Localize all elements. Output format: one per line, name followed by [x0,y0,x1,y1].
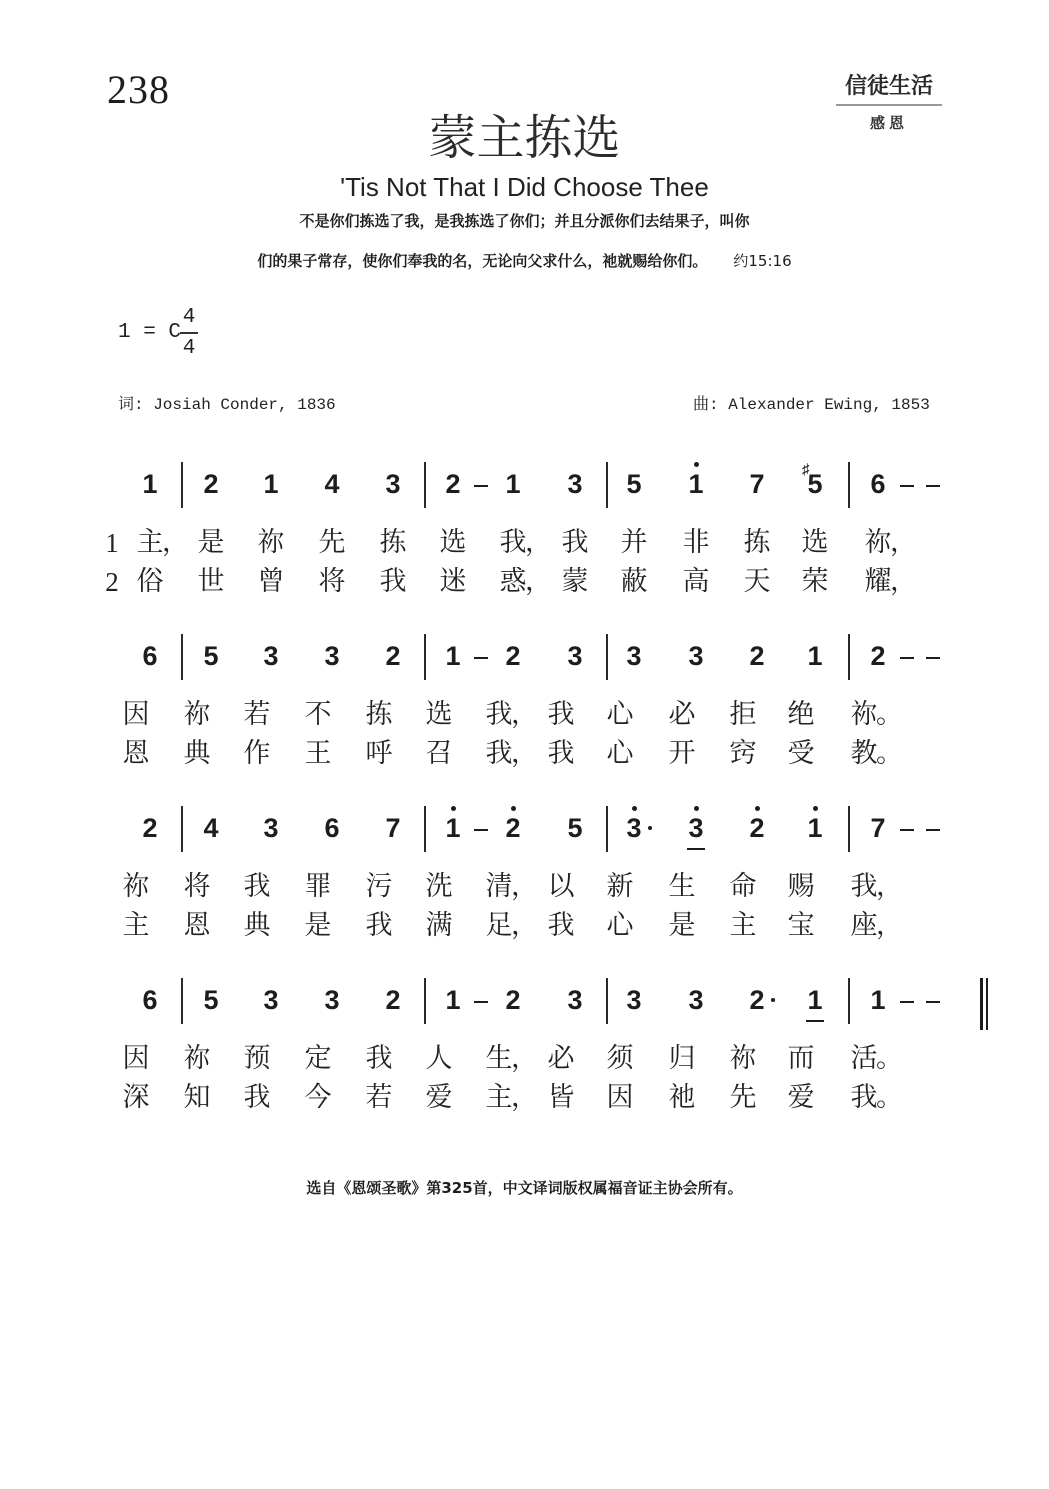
lyric-char: 定 [305,1043,332,1074]
note-digit: 3 [263,641,278,671]
lyric-char: 清 [486,871,513,902]
augmentation-dot-icon [648,826,652,830]
lyric-char: 祢 [865,527,892,558]
lyric-char: 受 [788,738,815,769]
jianpu-note: 1 [433,640,473,672]
jianpu-note: 3 [312,640,352,672]
lyric-char: 祢 [851,699,878,730]
lyric-syllable: 我， [493,526,533,560]
hold-dash-icon [926,1001,940,1003]
lyric-syllable: 若 [359,1081,399,1115]
hymn-title-english: 'Tis Not That I Did Choose Thee [0,170,1049,204]
lyric-syllable: 并 [614,526,654,560]
lyric-syllable: 定 [298,1042,338,1076]
lyric-char: 座 [851,910,878,941]
sharp-icon: ♯ [802,462,810,478]
note-digit: 1 [263,469,278,499]
note-digit: 7 [385,813,400,843]
note-digit: 7 [870,813,885,843]
lyric-punctuation: ， [890,526,917,560]
jianpu-note: 5 [555,812,595,844]
time-sig-line [180,332,198,334]
jianpu-note: 3 [614,640,654,672]
barline [606,462,608,508]
jianpu-note: 6 [312,812,352,844]
lyric-char: 高 [683,566,710,597]
lyric-char: 祢 [123,871,150,902]
note-digit: 3 [688,641,703,671]
lyric-char: 不 [305,699,332,730]
lyric-punctuation: ， [511,698,538,732]
jianpu-note: 1 [795,812,835,844]
lyric-char: 爱 [426,1082,453,1113]
note-digit: 2 [505,641,520,671]
lyric-syllable: 作 [237,737,277,771]
lyric-punctuation: ， [890,565,917,599]
jianpu-note: 3 [676,640,716,672]
lyric-char: 爱 [788,1082,815,1113]
lyric-char: 曾 [258,566,285,597]
note-digit: 2 [505,985,520,1015]
lyric-syllable: 俗 [130,565,170,599]
jianpu-note: 2 [737,812,777,844]
lyric-syllable: 归 [662,1042,702,1076]
augmentation-dot-icon [771,998,775,1002]
jianpu-note: 2 [433,468,473,500]
lyric-char: 心 [607,699,634,730]
lyric-char: 今 [305,1082,332,1113]
jianpu-note: 2 [858,640,898,672]
note-digit: 5 [567,813,582,843]
jianpu-note: 1 [795,984,835,1016]
lyric-syllable: 祢， [858,526,898,560]
barline [424,634,426,680]
lyric-syllable: 拒 [723,698,763,732]
lyric-syllable: 荣 [795,565,835,599]
lyric-char: 我 [500,527,527,558]
lyric-syllable: 恩 [177,909,217,943]
lyric-char: 呼 [366,738,393,769]
barline [606,978,608,1024]
lyric-syllable: 王 [298,737,338,771]
lyric-syllable: 祢 [251,526,291,560]
lyric-syllable: 我 [237,870,277,904]
lyric-char: 将 [319,566,346,597]
note-digit: 2 [142,813,157,843]
hold-dash-icon [900,1001,914,1003]
octave-dot-icon [694,462,699,467]
note-digit: 3 [263,985,278,1015]
jianpu-note: 3 [555,984,595,1016]
jianpu-note: 2 [130,812,170,844]
lyric-char: 人 [426,1043,453,1074]
lyric-syllable: 我 [359,909,399,943]
lyric-char: 因 [607,1082,634,1113]
lyric-char: 若 [244,699,271,730]
octave-dot-icon [451,806,456,811]
lyric-char: 归 [669,1043,696,1074]
lyric-char: 我 [366,1043,393,1074]
lyric-syllable: 主 [723,909,763,943]
lyric-char: 满 [426,910,453,941]
note-digit: 2 [749,641,764,671]
lyric-punctuation: ， [162,526,189,560]
note-digit: 1 [688,469,703,499]
lyric-syllable: 我 [541,737,581,771]
lyric-syllable: 因 [600,1081,640,1115]
lyric-syllable: 预 [237,1042,277,1076]
lyric-char: 拣 [744,527,771,558]
barline [606,634,608,680]
lyric-char: 先 [319,527,346,558]
lyric-char: 惑 [500,566,527,597]
jianpu-note: 3 [555,468,595,500]
lyric-syllable: 祢。 [844,698,884,732]
note-digit: 6 [870,469,885,499]
lyric-char: 典 [184,738,211,769]
lyric-syllable: 若 [237,698,277,732]
copyright-footer: 选自《恩颂圣歌》第325首，中文译词版权属福音证主协会所有。 [0,1177,1049,1199]
lyric-syllable: 生， [479,1042,519,1076]
lyric-syllable: 我 [541,698,581,732]
lyric-char: 宝 [788,910,815,941]
barline [424,462,426,508]
lyric-char: 我 [851,1082,878,1113]
lyric-char: 恩 [184,910,211,941]
note-digit: 2 [385,641,400,671]
lyric-syllable: 我。 [844,1081,884,1115]
jianpu-note: 7 [373,812,413,844]
lyric-char: 是 [669,910,696,941]
barline [181,978,183,1024]
lyric-char: 若 [366,1082,393,1113]
lyric-syllable: 新 [600,870,640,904]
note-digit: 3 [385,469,400,499]
lyric-syllable: 主， [130,526,170,560]
lyric-syllable: 选 [419,698,459,732]
jianpu-note: 3 [251,984,291,1016]
lyric-syllable: 深 [116,1081,156,1115]
lyric-punctuation: ， [525,565,552,599]
lyric-syllable: 拣 [737,526,777,560]
lyricist-credit: 词: Josiah Conder, 1836 [118,394,336,416]
jianpu-note: 7 [858,812,898,844]
lyric-punctuation: 。 [876,1081,903,1115]
note-digit: 2 [749,985,764,1015]
note-digit: 2 [203,469,218,499]
lyric-char: 我 [244,871,271,902]
lyric-syllable: 宝 [781,909,821,943]
lyric-char: 活 [851,1043,878,1074]
lyric-char: 我 [548,738,575,769]
jianpu-note: 2 [737,984,777,1016]
note-digit: 5 [203,641,218,671]
lyric-syllable: 典 [237,909,277,943]
lyric-char: 是 [198,527,225,558]
note-digit: 3 [626,985,641,1015]
lyric-syllable: 恩 [116,737,156,771]
note-digit: 2 [385,985,400,1015]
lyric-syllable: 呼 [359,737,399,771]
lyric-syllable: 将 [312,565,352,599]
eighth-underline-icon [806,1020,824,1022]
lyric-syllable: 祢 [177,1042,217,1076]
hold-dash-icon [926,485,940,487]
lyric-punctuation: ， [511,870,538,904]
jianpu-note: 3 [312,984,352,1016]
lyric-char: 选 [802,527,829,558]
note-digit: 5 [203,985,218,1015]
note-digit: 1 [445,641,460,671]
octave-dot-icon [511,806,516,811]
lyric-char: 祢 [730,1043,757,1074]
lyric-punctuation: ， [511,737,538,771]
lyric-char: 主 [730,910,757,941]
jianpu-note: 1 [795,640,835,672]
verse-number: 1 [100,526,124,560]
barline [848,806,850,852]
barline [181,806,183,852]
note-digit: 2 [870,641,885,671]
lyric-char: 蔽 [621,566,648,597]
lyric-char: 并 [621,527,648,558]
lyric-char: 我 [562,527,589,558]
lyric-syllable: 生 [662,870,702,904]
lyric-syllable: 高 [676,565,716,599]
lyric-syllable: 我 [373,565,413,599]
jianpu-note: 5 [614,468,654,500]
lyric-syllable: 先 [312,526,352,560]
lyric-syllable: 活。 [844,1042,884,1076]
lyric-char: 荣 [802,566,829,597]
jianpu-note: 2 [373,640,413,672]
lyric-char: 祢 [184,699,211,730]
lyric-char: 我 [851,871,878,902]
lyric-punctuation: ， [511,1081,538,1115]
note-digit: 3 [324,985,339,1015]
lyric-syllable: 满 [419,909,459,943]
jianpu-note: 4 [312,468,352,500]
lyric-syllable: 我， [479,698,519,732]
lyric-syllable: 以 [541,870,581,904]
jianpu-note: 3 [373,468,413,500]
scripture-line-2: 们的果子常存，使你们奉我的名，无论向父求什么，祂就赐给你们。约15:16 [0,250,1049,272]
lyric-syllable: 必 [541,1042,581,1076]
time-signature: 4 4 [180,305,198,362]
note-digit: 1 [445,985,460,1015]
note-digit: 1 [505,469,520,499]
jianpu-note: 2 [737,640,777,672]
note-digit: 2 [749,813,764,843]
hold-dash-icon [900,657,914,659]
lyric-syllable: 世 [191,565,231,599]
lyric-char: 教 [851,738,878,769]
lyric-char: 祂 [669,1082,696,1113]
lyric-syllable: 座， [844,909,884,943]
lyric-syllable: 典 [177,737,217,771]
lyric-syllable: 主， [479,1081,519,1115]
jianpu-note: 3 [251,812,291,844]
lyric-char: 祢 [184,1043,211,1074]
final-barline [980,978,988,1030]
lyric-syllable: 主 [116,909,156,943]
lyric-syllable: 祢 [116,870,156,904]
jianpu-note: 4 [191,812,231,844]
note-digit: 3 [567,641,582,671]
jianpu-note: 1 [676,468,716,500]
octave-dot-icon [632,806,637,811]
hold-dash-icon [900,485,914,487]
lyric-char: 作 [244,738,271,769]
lyric-syllable: 召 [419,737,459,771]
lyric-char: 生 [486,1043,513,1074]
time-sig-bottom: 4 [180,336,198,362]
scripture-reference: 约15:16 [733,252,791,270]
lyric-syllable: 将 [177,870,217,904]
scripture-text-2: 们的果子常存，使你们奉我的名，无论向父求什么，祂就赐给你们。 [257,252,707,270]
lyric-syllable: 蔽 [614,565,654,599]
hold-dash-icon [474,829,488,831]
lyric-syllable: 皆 [541,1081,581,1115]
jianpu-note: 5♯ [795,468,835,500]
hold-dash-icon [926,829,940,831]
hold-dash-icon [474,485,488,487]
note-digit: 6 [324,813,339,843]
jianpu-note: 2 [493,640,533,672]
composer-credit: 曲: Alexander Ewing, 1853 [693,394,930,416]
jianpu-note: 7 [737,468,777,500]
lyric-syllable: 命 [723,870,763,904]
lyric-char: 须 [607,1043,634,1074]
lyric-char: 耀 [865,566,892,597]
lyric-char: 绝 [788,699,815,730]
note-digit: 3 [688,813,703,843]
lyric-char: 将 [184,871,211,902]
lyric-syllable: 污 [359,870,399,904]
lyric-syllable: 祢 [723,1042,763,1076]
hold-dash-icon [474,1001,488,1003]
lyric-syllable: 我， [844,870,884,904]
lyric-syllable: 受 [781,737,821,771]
note-digit: 6 [142,641,157,671]
lyric-char: 我 [244,1082,271,1113]
octave-dot-icon [755,806,760,811]
lyric-syllable: 选 [795,526,835,560]
lyric-char: 开 [669,738,696,769]
eighth-underline-icon [687,848,705,850]
lyric-char: 命 [730,871,757,902]
barline [848,978,850,1024]
octave-dot-icon [694,806,699,811]
lyric-char: 拣 [366,699,393,730]
note-digit: 2 [505,813,520,843]
lyric-syllable: 选 [433,526,473,560]
lyric-syllable: 窍 [723,737,763,771]
lyric-char: 我 [366,910,393,941]
lyric-char: 足 [486,910,513,941]
jianpu-note: 3 [614,984,654,1016]
lyric-char: 是 [305,910,332,941]
jianpu-note: 6 [130,984,170,1016]
barline [424,978,426,1024]
lyric-syllable: 心 [600,737,640,771]
lyric-char: 恩 [123,738,150,769]
lyric-punctuation: ， [511,1042,538,1076]
note-digit: 3 [626,641,641,671]
lyric-syllable: 而 [781,1042,821,1076]
lyric-char: 生 [669,871,696,902]
lyric-char: 祢 [258,527,285,558]
lyric-syllable: 赐 [781,870,821,904]
hold-dash-icon [474,657,488,659]
lyric-syllable: 蒙 [555,565,595,599]
note-digit: 1 [445,813,460,843]
lyric-char: 天 [744,566,771,597]
jianpu-note: 2 [191,468,231,500]
lyric-syllable: 洗 [419,870,459,904]
lyric-char: 必 [669,699,696,730]
note-digit: 5 [626,469,641,499]
lyric-syllable: 耀， [858,565,898,599]
barline [848,634,850,680]
note-digit: 1 [807,985,822,1015]
key-signature: 1 = C [118,320,181,346]
lyric-punctuation: ， [525,526,552,560]
lyric-char: 先 [730,1082,757,1113]
lyric-syllable: 天 [737,565,777,599]
lyric-char: 因 [123,699,150,730]
lyric-char: 心 [607,910,634,941]
lyric-char: 洗 [426,871,453,902]
lyric-char: 选 [426,699,453,730]
lyric-punctuation: ， [511,909,538,943]
lyric-char: 召 [426,738,453,769]
category-label: 信徒生活 [836,70,942,102]
lyric-char: 典 [244,910,271,941]
lyric-syllable: 因 [116,1042,156,1076]
note-digit: 3 [567,985,582,1015]
lyric-syllable: 因 [116,698,156,732]
lyric-char: 世 [198,566,225,597]
lyric-syllable: 是 [191,526,231,560]
hold-dash-icon [926,657,940,659]
note-digit: 3 [324,641,339,671]
note-digit: 3 [567,469,582,499]
lyric-syllable: 爱 [781,1081,821,1115]
lyric-char: 而 [788,1043,815,1074]
jianpu-note: 3 [676,812,716,844]
note-digit: 2 [445,469,460,499]
lyric-char: 预 [244,1043,271,1074]
hymn-number: 238 [107,66,170,114]
lyric-syllable: 祂 [662,1081,702,1115]
note-digit: 4 [324,469,339,499]
hymn-title-chinese: 蒙主拣选 [0,108,1049,168]
jianpu-note: 3 [555,640,595,672]
note-digit: 4 [203,813,218,843]
hold-dash-icon [900,829,914,831]
lyric-syllable: 曾 [251,565,291,599]
lyric-syllable: 绝 [781,698,821,732]
lyric-char: 我 [486,699,513,730]
lyric-syllable: 心 [600,909,640,943]
lyric-char: 以 [548,871,575,902]
jianpu-note: 5 [191,640,231,672]
lyric-syllable: 罪 [298,870,338,904]
lyric-char: 拣 [380,527,407,558]
barline [181,462,183,508]
lyric-syllable: 拣 [373,526,413,560]
